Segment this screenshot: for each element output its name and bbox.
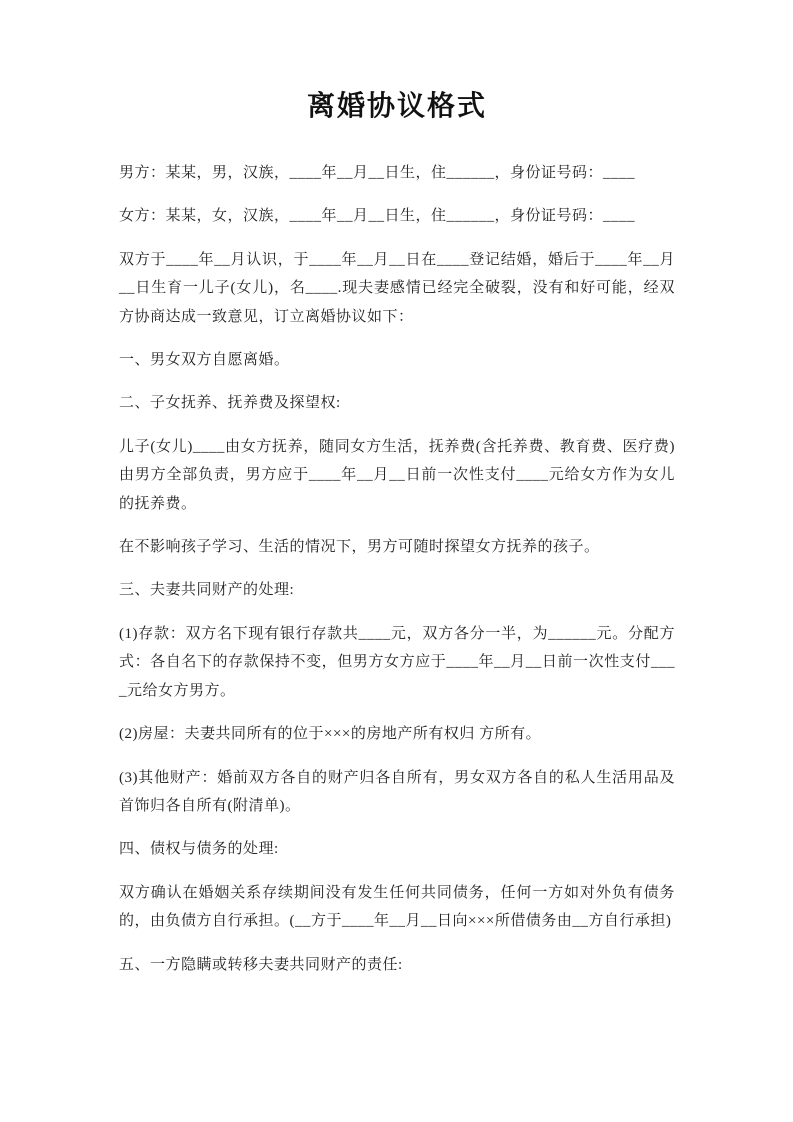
marriage-background-paragraph: 双方于____年__月认识，于____年__月__日在____登记结婚，婚后于_…	[119, 246, 675, 331]
clause-2-heading-custody: 二、子女抚养、抚养费及探望权:	[119, 389, 675, 417]
document-page: 离婚协议格式 男方：某某，男，汉族，____年__月__日生，住______，身…	[0, 0, 793, 1122]
clause-2-visitation-terms: 在不影响孩子学习、生活的情况下，男方可随时探望女方抚养的孩子。	[119, 533, 675, 561]
clause-1-voluntary-divorce: 一、男女双方自愿离婚。	[119, 346, 675, 374]
clause-3-heading-property: 三、夫妻共同财产的处理:	[119, 576, 675, 604]
clause-3-item-1-deposits: (1)存款：双方名下现有银行存款共____元，双方各分一半，为______元。分…	[119, 620, 675, 705]
clause-2-custody-terms: 儿子(女儿)____由女方抚养，随同女方生活，抚养费(含托养费、教育费、医疗费)…	[119, 433, 675, 518]
clause-4-heading-debts: 四、债权与债务的处理:	[119, 835, 675, 863]
party-female-info-line: 女方：某某，女，汉族，____年__月__日生，住______，身份证号码：__…	[119, 202, 675, 230]
clause-5-heading-concealment: 五、一方隐瞒或转移夫妻共同财产的责任:	[119, 951, 675, 979]
clause-3-item-3-other-assets: (3)其他财产：婚前双方各自的财产归各自所有，男女双方各自的私人生活用品及首饰归…	[119, 764, 675, 821]
document-title: 离婚协议格式	[119, 88, 675, 126]
clause-4-debt-terms: 双方确认在婚姻关系存续期间没有发生任何共同债务，任何一方如对外负有债务的，由负债…	[119, 879, 675, 936]
clause-3-item-2-house: (2)房屋：夫妻共同所有的位于×××的房地产所有权归 方所有。	[119, 720, 675, 748]
party-male-info-line: 男方：某某，男，汉族，____年__月__日生，住______，身份证号码：__…	[119, 159, 675, 187]
